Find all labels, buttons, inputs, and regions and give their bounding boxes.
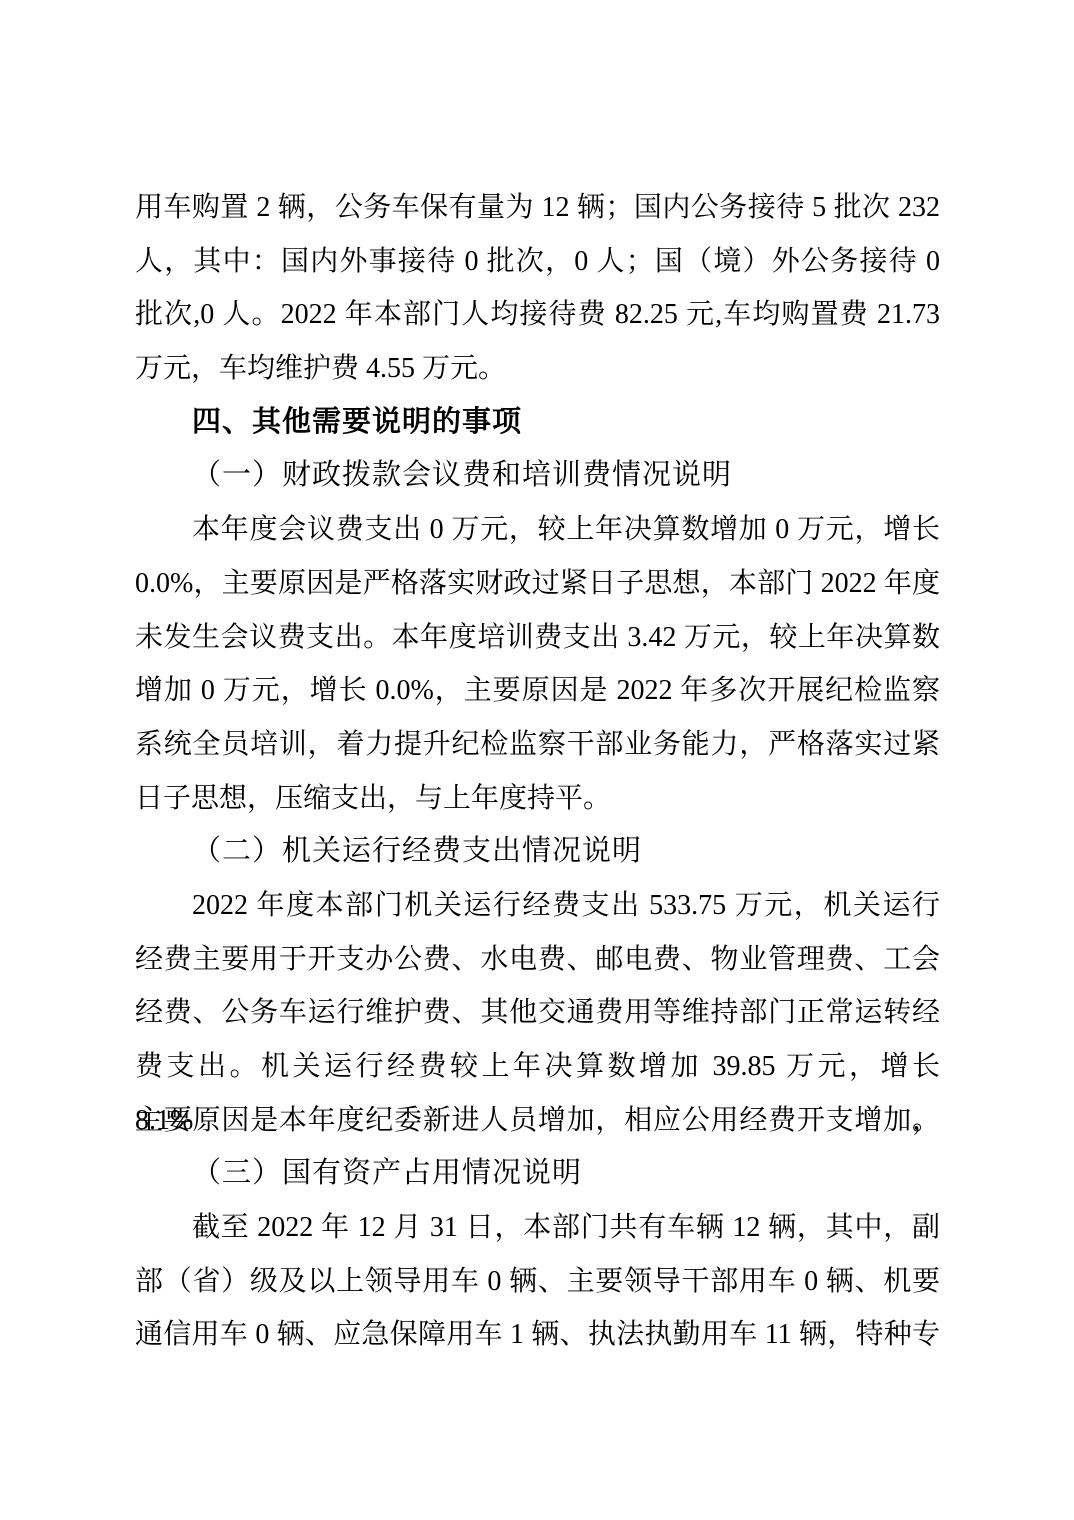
subsection-1-paragraph-line-3: 未发生会议费支出。本年度培训费支出 3.42 万元，较上年决算数 xyxy=(135,611,940,665)
carryover-paragraph-line-2: 人，其中：国内外事接待 0 批次，0 人；国（境）外公务接待 0 xyxy=(135,235,940,289)
subsection-2-heading: （二）机关运行经费支出情况说明 xyxy=(135,825,940,879)
subsection-2-paragraph-line-2: 经费主要用于开支办公费、水电费、邮电费、物业管理费、工会 xyxy=(135,933,940,987)
document-page: 用车购置 2 辆，公务车保有量为 12 辆；国内公务接待 5 批次 232 人，… xyxy=(0,0,1074,1520)
carryover-paragraph-line-1: 用车购置 2 辆，公务车保有量为 12 辆；国内公务接待 5 批次 232 xyxy=(135,181,940,235)
subsection-2-paragraph-line-4: 费支出。机关运行经费较上年决算数增加 39.85 万元，增长 8.1%， xyxy=(135,1040,940,1094)
carryover-paragraph-line-4: 万元，车均维护费 4.55 万元。 xyxy=(135,342,940,396)
section-heading: 四、其他需要说明的事项 xyxy=(135,396,940,450)
subsection-1-paragraph-line-6: 日子思想，压缩支出，与上年度持平。 xyxy=(135,772,940,826)
carryover-paragraph-line-3: 批次,0 人。2022 年本部门人均接待费 82.25 元,车均购置费 21.7… xyxy=(135,288,940,342)
subsection-3-paragraph-line-3: 通信用车 0 辆、应急保障用车 1 辆、执法执勤用车 11 辆，特种专 xyxy=(135,1308,940,1362)
subsection-1-paragraph-line-1: 本年度会议费支出 0 万元，较上年决算数增加 0 万元，增长 xyxy=(135,503,940,557)
subsection-3-heading: （三）国有资产占用情况说明 xyxy=(135,1147,940,1201)
subsection-1-paragraph-line-5: 系统全员培训，着力提升纪检监察干部业务能力，严格落实过紧 xyxy=(135,718,940,772)
subsection-2-paragraph-line-5: 主要原因是本年度纪委新进人员增加，相应公用经费开支增加。 xyxy=(135,1094,940,1148)
subsection-1-paragraph-line-2: 0.0%，主要原因是严格落实财政过紧日子思想，本部门 2022 年度 xyxy=(135,557,940,611)
subsection-2-paragraph-line-3: 经费、公务车运行维护费、其他交通费用等维持部门正常运转经 xyxy=(135,986,940,1040)
subsection-2-paragraph-line-1: 2022 年度本部门机关运行经费支出 533.75 万元，机关运行 xyxy=(135,879,940,933)
subsection-3-paragraph-line-1: 截至 2022 年 12 月 31 日，本部门共有车辆 12 辆，其中，副 xyxy=(135,1201,940,1255)
document-body: 用车购置 2 辆，公务车保有量为 12 辆；国内公务接待 5 批次 232 人，… xyxy=(135,181,940,1362)
subsection-3-paragraph-line-2: 部（省）级及以上领导用车 0 辆、主要领导干部用车 0 辆、机要 xyxy=(135,1255,940,1309)
subsection-1-paragraph-line-4: 增加 0 万元，增长 0.0%，主要原因是 2022 年多次开展纪检监察 xyxy=(135,664,940,718)
subsection-1-heading: （一）财政拨款会议费和培训费情况说明 xyxy=(135,449,940,503)
